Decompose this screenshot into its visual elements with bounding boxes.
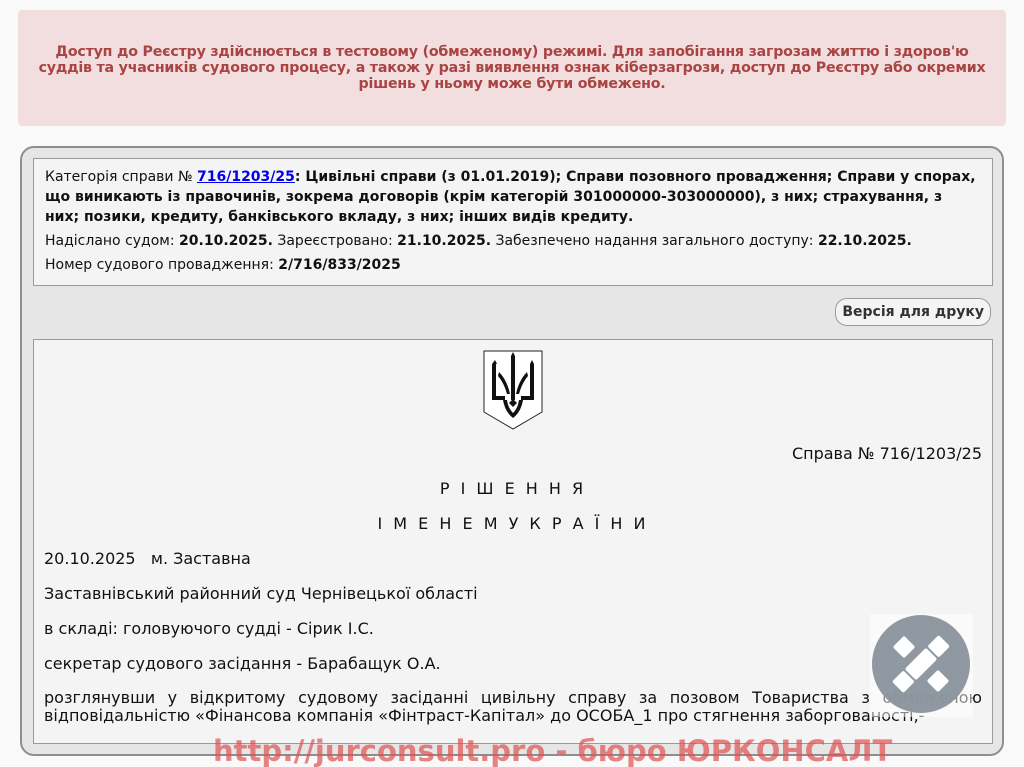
proceeding-label: Номер судового провадження: bbox=[45, 257, 278, 273]
jurconsult-puzzle-logo-icon bbox=[870, 614, 973, 717]
access-date: 22.10.2025. bbox=[818, 233, 912, 249]
print-version-button[interactable]: Версія для друку bbox=[835, 298, 991, 326]
case-category: Категорія справи № 716/1203/25: Цивільні… bbox=[45, 167, 981, 227]
decision-secretary: секретар судового засідання - Барабащук … bbox=[44, 654, 982, 674]
registered-date: 21.10.2025. bbox=[397, 233, 491, 249]
category-label: Категорія справи № bbox=[45, 169, 197, 185]
decision-subtitle: І М Е Н Е М У К Р А Ї Н И bbox=[44, 514, 982, 534]
proceeding-number-row: Номер судового провадження: 2/716/833/20… bbox=[45, 255, 981, 275]
sent-date: 20.10.2025. bbox=[179, 233, 273, 249]
registered-label: Зареєстровано: bbox=[273, 233, 397, 249]
case-metadata: Категорія справи № 716/1203/25: Цивільні… bbox=[33, 158, 993, 286]
case-number-link[interactable]: 716/1203/25 bbox=[197, 169, 295, 185]
access-warning-text: Доступ до Реєстру здійснюється в тестово… bbox=[34, 44, 990, 92]
decision-title: Р І Ш Е Н Н Я bbox=[44, 479, 982, 499]
case-panel: Категорія справи № 716/1203/25: Цивільні… bbox=[20, 146, 1004, 756]
case-dates: Надіслано судом: 20.10.2025. Зареєстрова… bbox=[45, 231, 981, 251]
jurconsult-watermark: http://jurconsult.pro - бюро ЮРКОНСАЛТ bbox=[213, 734, 892, 767]
decision-document: Справа № 716/1203/25 Р І Ш Е Н Н Я І М Е… bbox=[33, 339, 993, 744]
ukraine-trident-icon bbox=[483, 350, 543, 430]
decision-body: розглянувши у відкритому судовому засіда… bbox=[44, 689, 982, 725]
sent-label: Надіслано судом: bbox=[45, 233, 179, 249]
decision-date-place: 20.10.2025 м. Заставна bbox=[44, 549, 982, 569]
decision-case-number: Справа № 716/1203/25 bbox=[44, 444, 982, 464]
access-label: Забезпечено надання загального доступу: bbox=[491, 233, 818, 249]
proceeding-number: 2/716/833/2025 bbox=[278, 257, 401, 273]
decision-composition: в складі: головуючого судді - Сірик І.С. bbox=[44, 619, 982, 639]
decision-court: Заставнівський районний суд Чернівецької… bbox=[44, 584, 982, 604]
access-warning-banner: Доступ до Реєстру здійснюється в тестово… bbox=[18, 10, 1006, 126]
